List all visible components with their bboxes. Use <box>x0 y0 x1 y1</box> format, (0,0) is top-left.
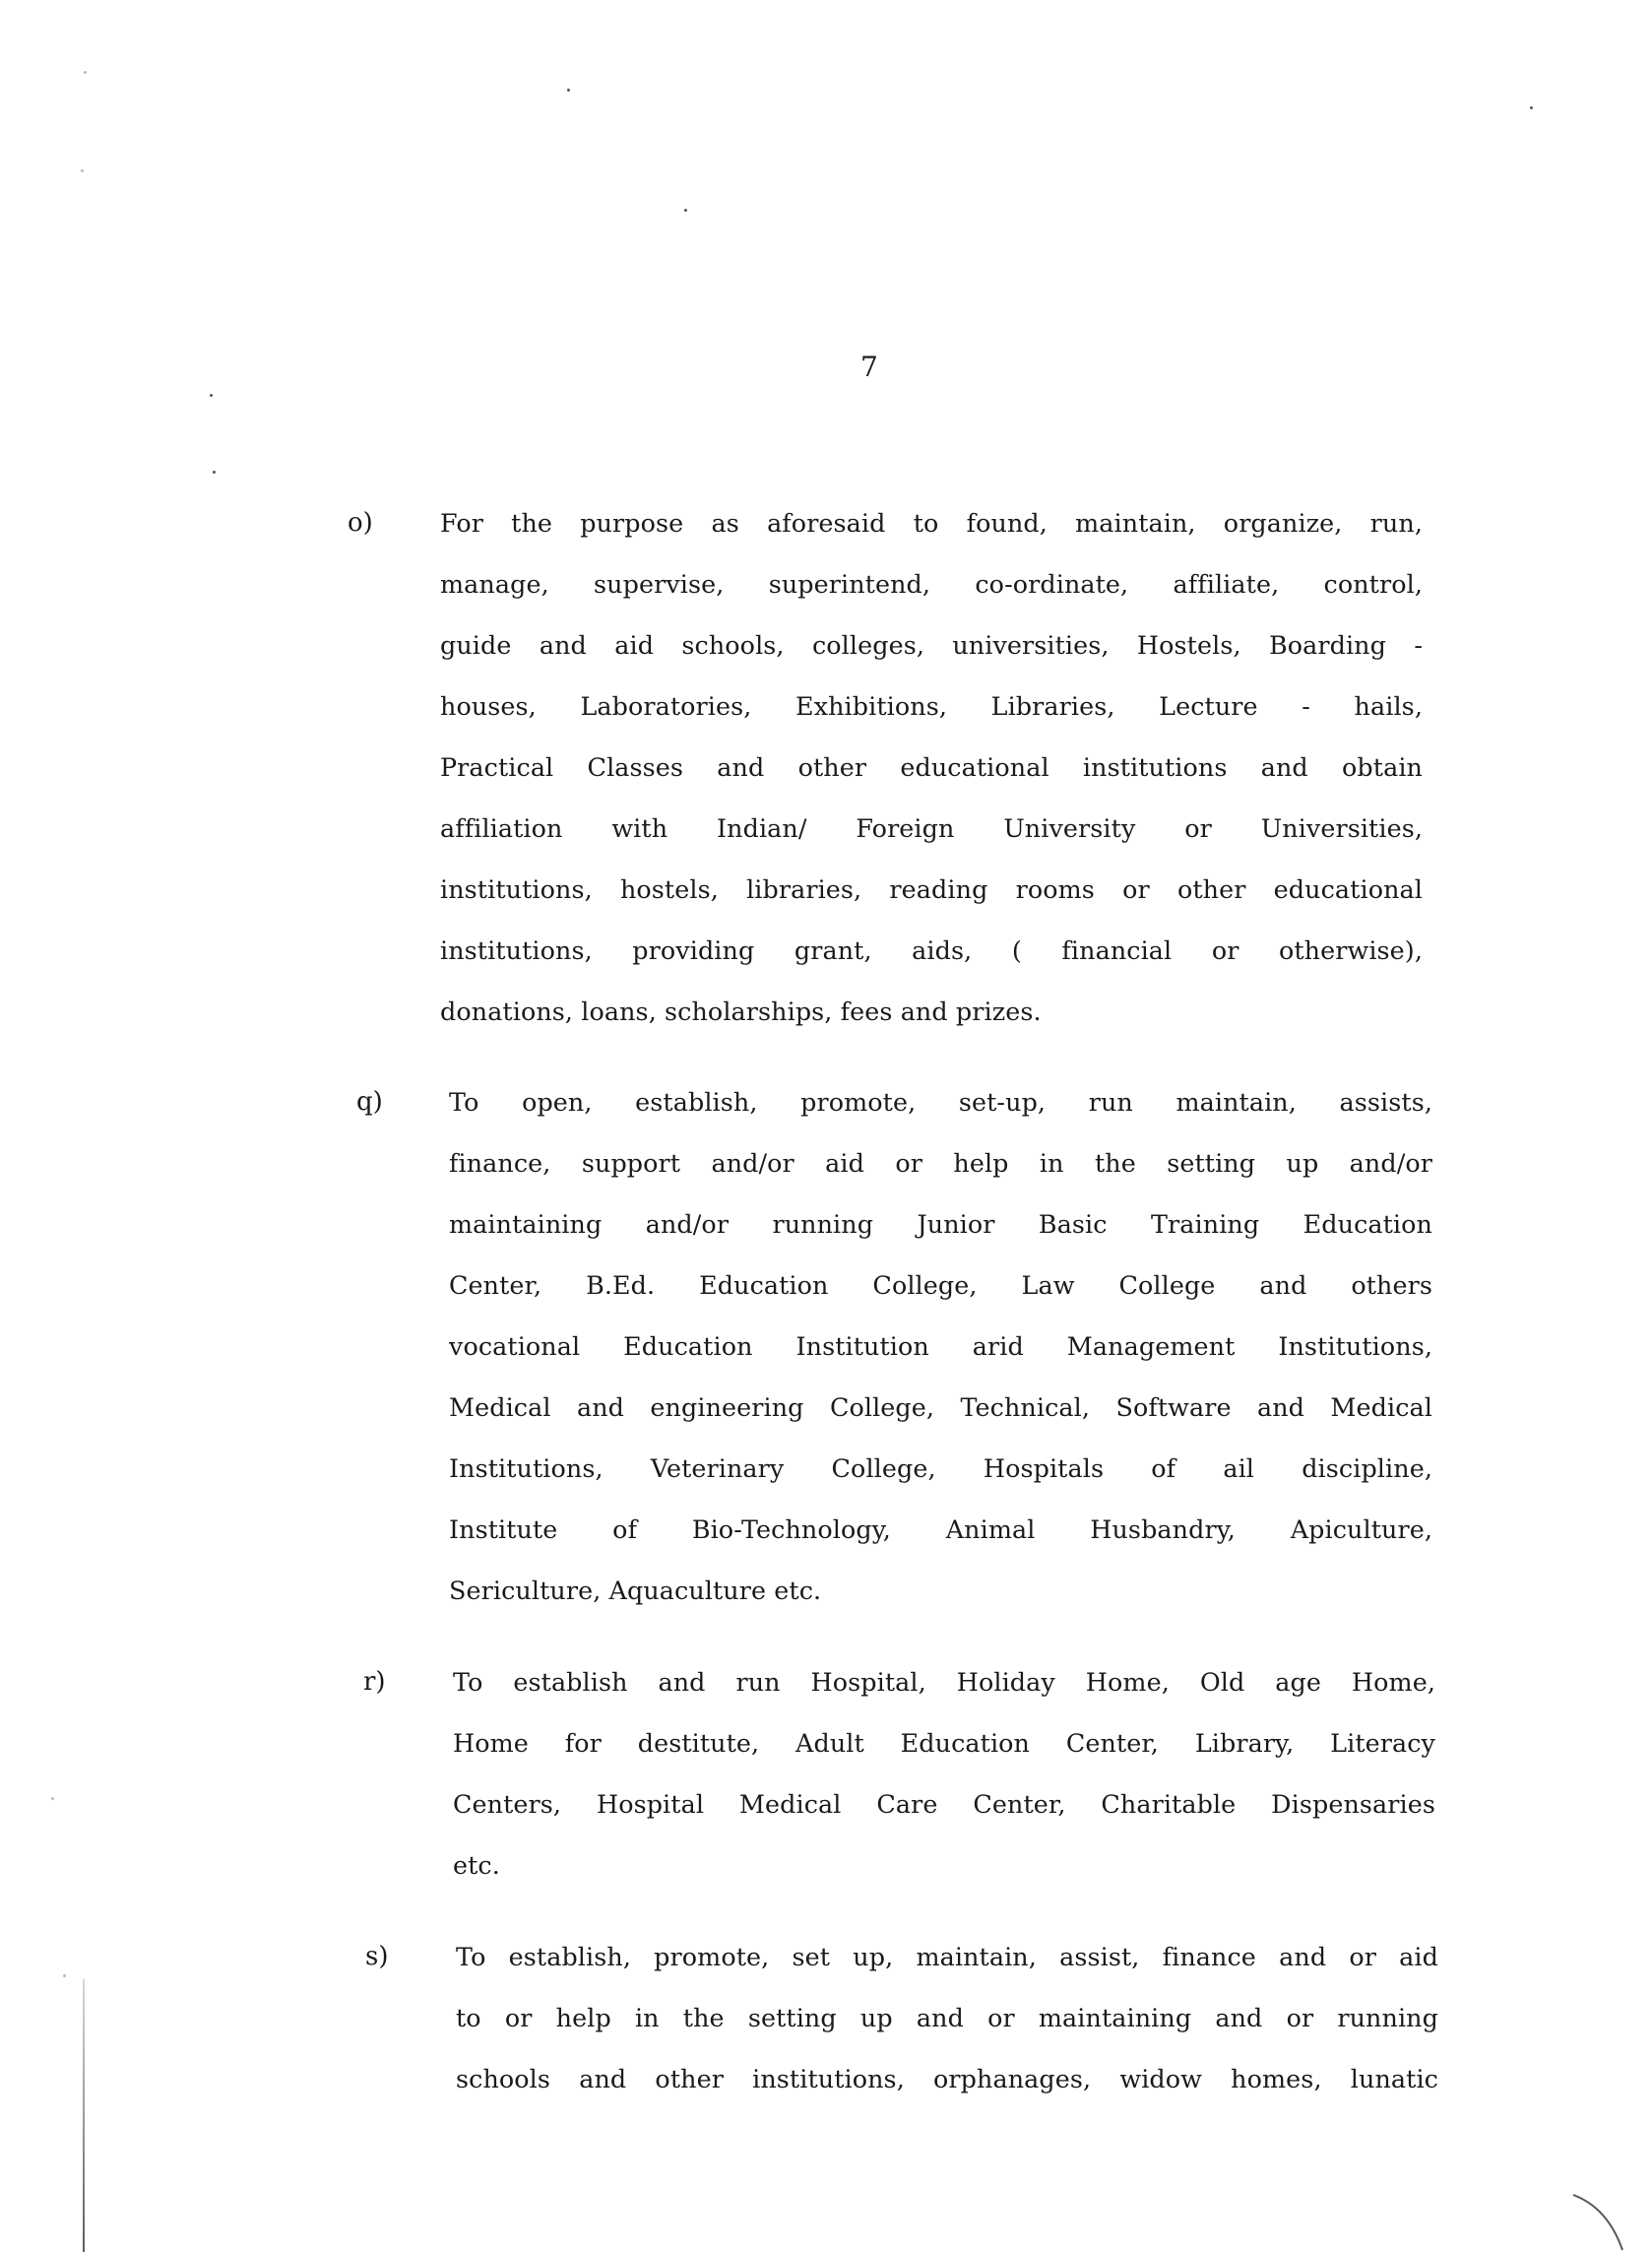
scan-speck <box>51 1797 54 1800</box>
clause-text: To establish and run Hospital, Holiday H… <box>453 1651 1435 1896</box>
clause-label: q) <box>356 1071 383 1132</box>
text-line: to or help in the setting up and or main… <box>456 1987 1438 2048</box>
text-line: Home for destitute, Adult Education Cent… <box>453 1712 1435 1773</box>
clause-label: r) <box>363 1651 386 1712</box>
scan-edge-line <box>83 1979 85 2252</box>
text-line: For the purpose as aforesaid to found, m… <box>440 492 1423 553</box>
text-line: houses, Laboratories, Exhibitions, Libra… <box>440 676 1423 737</box>
scan-curve-mark <box>1563 2193 1652 2252</box>
scan-speck <box>84 71 87 74</box>
text-line: affiliation with Indian/ Foreign Univers… <box>440 798 1423 859</box>
text-line: maintaining and/or running Junior Basic … <box>449 1193 1432 1255</box>
text-line: To establish and run Hospital, Holiday H… <box>453 1651 1435 1712</box>
text-line: Medical and engineering College, Technic… <box>449 1377 1432 1438</box>
clause-text: To open, establish, promote, set-up, run… <box>449 1071 1432 1621</box>
text-line: Sericulture, Aquaculture etc. <box>449 1560 1432 1621</box>
text-line: Centers, Hospital Medical Care Center, C… <box>453 1773 1435 1834</box>
text-line: Institute of Bio-Technology, Animal Husb… <box>449 1499 1432 1560</box>
text-line: finance, support and/or aid or help in t… <box>449 1132 1432 1193</box>
text-line: institutions, providing grant, aids, ( f… <box>440 920 1423 981</box>
clause-text: For the purpose as aforesaid to found, m… <box>440 492 1423 1042</box>
scan-speck <box>210 394 213 397</box>
text-line: Institutions, Veterinary College, Hospit… <box>449 1438 1432 1499</box>
clause-label: s) <box>365 1926 389 1987</box>
text-line: donations, loans, scholarships, fees and… <box>440 981 1423 1042</box>
page-number: 7 <box>860 351 878 384</box>
scan-speck <box>213 471 216 474</box>
scan-speck <box>684 209 687 212</box>
text-line: To establish, promote, set up, maintain,… <box>456 1926 1438 1987</box>
scan-speck <box>81 169 84 172</box>
text-line: etc. <box>453 1834 1435 1896</box>
text-line: institutions, hostels, libraries, readin… <box>440 859 1423 920</box>
scan-speck <box>1530 106 1533 109</box>
text-line: manage, supervise, superintend, co-ordin… <box>440 553 1423 614</box>
clause-label: o) <box>348 492 373 553</box>
scan-speck <box>63 1974 66 1977</box>
clause-text: To establish, promote, set up, maintain,… <box>456 1926 1438 2109</box>
text-line: To open, establish, promote, set-up, run… <box>449 1071 1432 1132</box>
text-line: Practical Classes and other educational … <box>440 737 1423 798</box>
text-line: vocational Education Institution arid Ma… <box>449 1316 1432 1377</box>
scan-speck <box>567 89 570 92</box>
text-line: guide and aid schools, colleges, univers… <box>440 614 1423 676</box>
text-line: Center, B.Ed. Education College, Law Col… <box>449 1255 1432 1316</box>
text-line: schools and other institutions, orphanag… <box>456 2048 1438 2109</box>
